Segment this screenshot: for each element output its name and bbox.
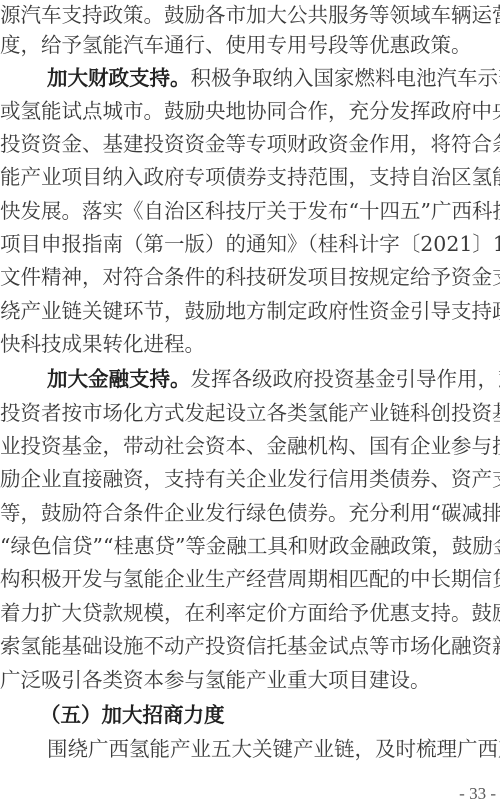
text-line: 绕产业链关键环节，鼓励地方制定政府性资金引导支持政策，加 — [0, 296, 500, 326]
line-text: 围绕广西氢能产业五大关键产业链，及时梳理广西产业特色 — [47, 737, 500, 761]
line-text: 绕产业链关键环节，鼓励地方制定政府性资金引导支持政策，加 — [0, 299, 500, 323]
paragraph-financial-support: 加大金融支持。发挥各级政府投资基金引导作用，鼓励合格 — [47, 364, 500, 394]
line-text: 能产业项目纳入政府专项债券支持范围，支持自治区氢能产业加 — [0, 165, 500, 189]
line-text: 源汽车支持政策。鼓励各市加大公共服务等领域车辆运营支持力 — [0, 3, 500, 27]
line-text: 项目申报指南（第一版）的通知》（桂科计字〔2021〕100号）等 — [0, 232, 500, 256]
line-text: 等，鼓励符合条件企业发行绿色债券。充分利用“碳减排贷款” — [0, 501, 500, 525]
line-text: 快科技成果转化进程。 — [0, 332, 205, 356]
text-line: 广泛吸引各类资本参与氢能产业重大项目建设。 — [0, 665, 500, 695]
line-text: 励企业直接融资，支持有关企业发行信用类债券、资产支持证券 — [0, 467, 500, 491]
text-line: “绿色信贷”“桂惠贷”等金融工具和财政金融政策，鼓励金融机 — [0, 531, 500, 561]
line-text: 文件精神，对符合条件的科技研发项目按规定给予资金支持。围 — [0, 265, 500, 289]
text-line: 文件精神，对符合条件的科技研发项目按规定给予资金支持。围 — [0, 262, 500, 292]
text-line: 励企业直接融资，支持有关企业发行信用类债券、资产支持证券 — [0, 464, 500, 494]
line-text: 度，给予氢能汽车通行、使用专用号段等优惠政策。 — [0, 33, 472, 57]
text-line: 投资者按市场化方式发起设立各类氢能产业链科创投资基金、产 — [0, 398, 500, 428]
text-line: 度，给予氢能汽车通行、使用专用号段等优惠政策。 — [0, 30, 500, 60]
text-line: 快发展。落实《自治区科技厅关于发布“十四五”广西科技计划 — [0, 196, 500, 226]
line-text: 积极争取纳入国家燃料电池汽车示范城市群 — [191, 66, 500, 90]
line-text: 着力扩大贷款规模，在利率定价方面给予优惠支持。鼓励企业探 — [0, 601, 500, 625]
text-line: 着力扩大贷款规模，在利率定价方面给予优惠支持。鼓励企业探 — [0, 598, 500, 628]
text-line: 或氢能试点城市。鼓励央地协同合作，充分发挥政府中央预算内 — [0, 96, 500, 126]
line-text: 投资资金、基建投资资金等专项财政资金作用，将符合条件的氢 — [0, 132, 500, 156]
line-text: 发挥各级政府投资基金引导作用，鼓励合格 — [191, 367, 500, 391]
text-line: 构积极开发与氢能企业生产经营周期相匹配的中长期信贷产品， — [0, 564, 500, 594]
text-line: 项目申报指南（第一版）的通知》（桂科计字〔2021〕100号）等 — [0, 229, 500, 259]
line-text: 投资者按市场化方式发起设立各类氢能产业链科创投资基金、产 — [0, 401, 500, 425]
text-line: 投资资金、基建投资资金等专项财政资金作用，将符合条件的氢 — [0, 129, 500, 159]
text-line: 能产业项目纳入政府专项债券支持范围，支持自治区氢能产业加 — [0, 162, 500, 192]
section-heading: （五）加大招商力度 — [40, 700, 225, 730]
line-text: 或氢能试点城市。鼓励央地协同合作，充分发挥政府中央预算内 — [0, 99, 500, 123]
line-text: 索氢能基础设施不动产投资信托基金试点等市场化融资新路径， — [0, 634, 500, 658]
line-text: 业投资基金，带动社会资本、金融机构、国有企业参与投资。鼓 — [0, 434, 500, 458]
text-line: 源汽车支持政策。鼓励各市加大公共服务等领域车辆运营支持力 — [0, 0, 500, 30]
paragraph-fiscal-support: 加大财政支持。积极争取纳入国家燃料电池汽车示范城市群 — [47, 63, 500, 93]
line-text: 构积极开发与氢能企业生产经营周期相匹配的中长期信贷产品， — [0, 567, 500, 591]
line-text: “绿色信贷”“桂惠贷”等金融工具和财政金融政策，鼓励金融机 — [0, 534, 500, 558]
text-line: 围绕广西氢能产业五大关键产业链，及时梳理广西产业特色 — [47, 734, 500, 764]
text-line: 等，鼓励符合条件企业发行绿色债券。充分利用“碳减排贷款” — [0, 498, 500, 528]
text-line: 业投资基金，带动社会资本、金融机构、国有企业参与投资。鼓 — [0, 431, 500, 461]
paragraph-lead-bold: 加大金融支持。 — [47, 367, 191, 391]
document-page: 源汽车支持政策。鼓励各市加大公共服务等领域车辆运营支持力 度，给予氢能汽车通行、… — [0, 0, 500, 809]
page-number: - 33 - — [459, 782, 496, 806]
line-text: 快发展。落实《自治区科技厅关于发布“十四五”广西科技计划 — [0, 199, 500, 223]
line-text: 广泛吸引各类资本参与氢能产业重大项目建设。 — [0, 668, 431, 692]
text-line: 索氢能基础设施不动产投资信托基金试点等市场化融资新路径， — [0, 631, 500, 661]
paragraph-lead-bold: 加大财政支持。 — [47, 66, 191, 90]
text-line: 快科技成果转化进程。 — [0, 329, 500, 359]
